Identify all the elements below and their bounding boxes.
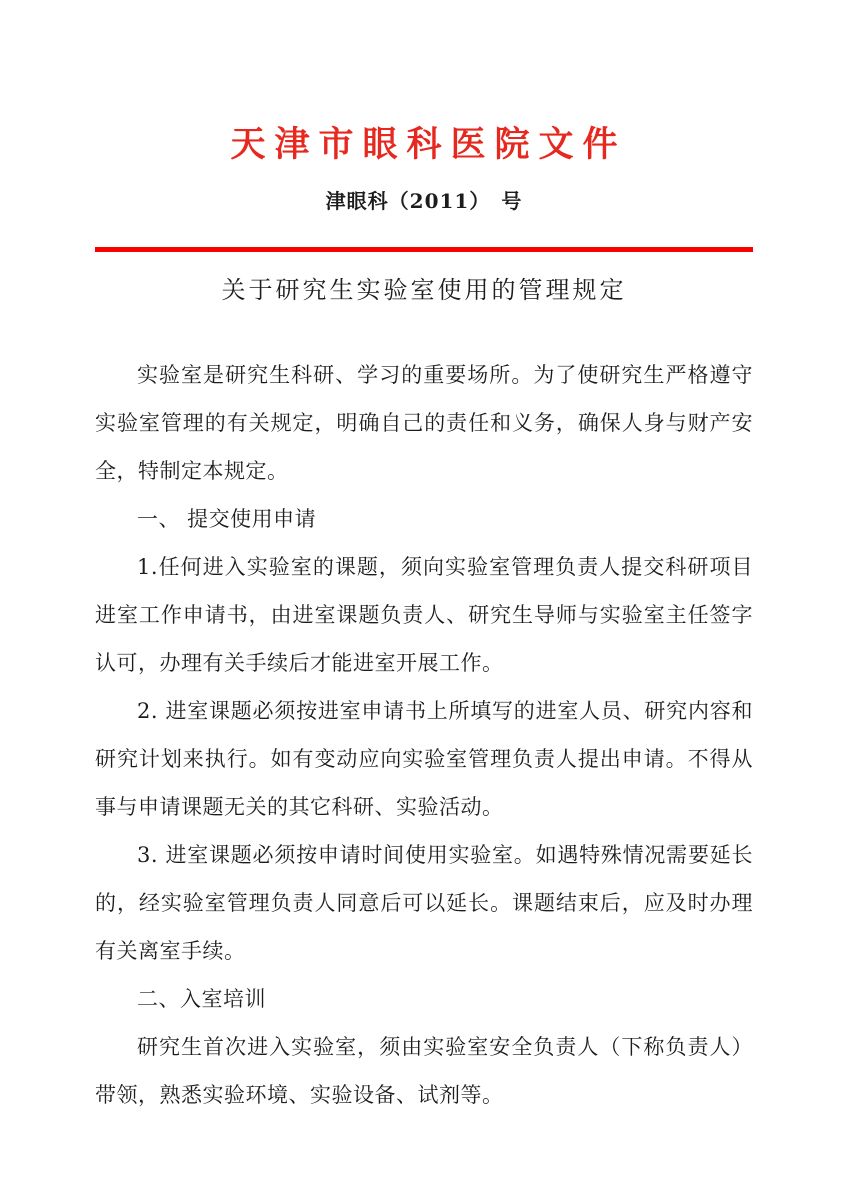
document-number: 津眼科（2011） 号 [0,190,848,212]
body-paragraph: 3. 进室课题必须按申请时间使用实验室。如遇特殊情况需要延长的，经实验室管理负责… [95,831,753,975]
section-heading: 一、 提交使用申请 [95,495,753,543]
organization-title: 天津市眼科医院文件 [0,126,848,165]
body-paragraph: 实验室是研究生科研、学习的重要场所。为了使研究生严格遵守实验室管理的有关规定，明… [95,351,753,495]
document-body: 实验室是研究生科研、学习的重要场所。为了使研究生严格遵守实验室管理的有关规定，明… [95,351,753,1119]
document-title: 关于研究生实验室使用的管理规定 [0,275,848,305]
document-page: 天津市眼科医院文件 津眼科（2011） 号 关于研究生实验室使用的管理规定 实验… [0,0,848,1200]
body-paragraph: 研究生首次进入实验室，须由实验室安全负责人（下称负责人）带领，熟悉实验环境、实验… [95,1023,753,1119]
body-paragraph: 2. 进室课题必须按进室申请书上所填写的进室人员、研究内容和研究计划来执行。如有… [95,687,753,831]
body-paragraph: 1.任何进入实验室的课题，须向实验室管理负责人提交科研项目进室工作申请书，由进室… [95,543,753,687]
red-divider-line [95,247,753,252]
document-letterhead: 天津市眼科医院文件 津眼科（2011） 号 [0,126,848,252]
section-heading: 二、入室培训 [95,975,753,1023]
